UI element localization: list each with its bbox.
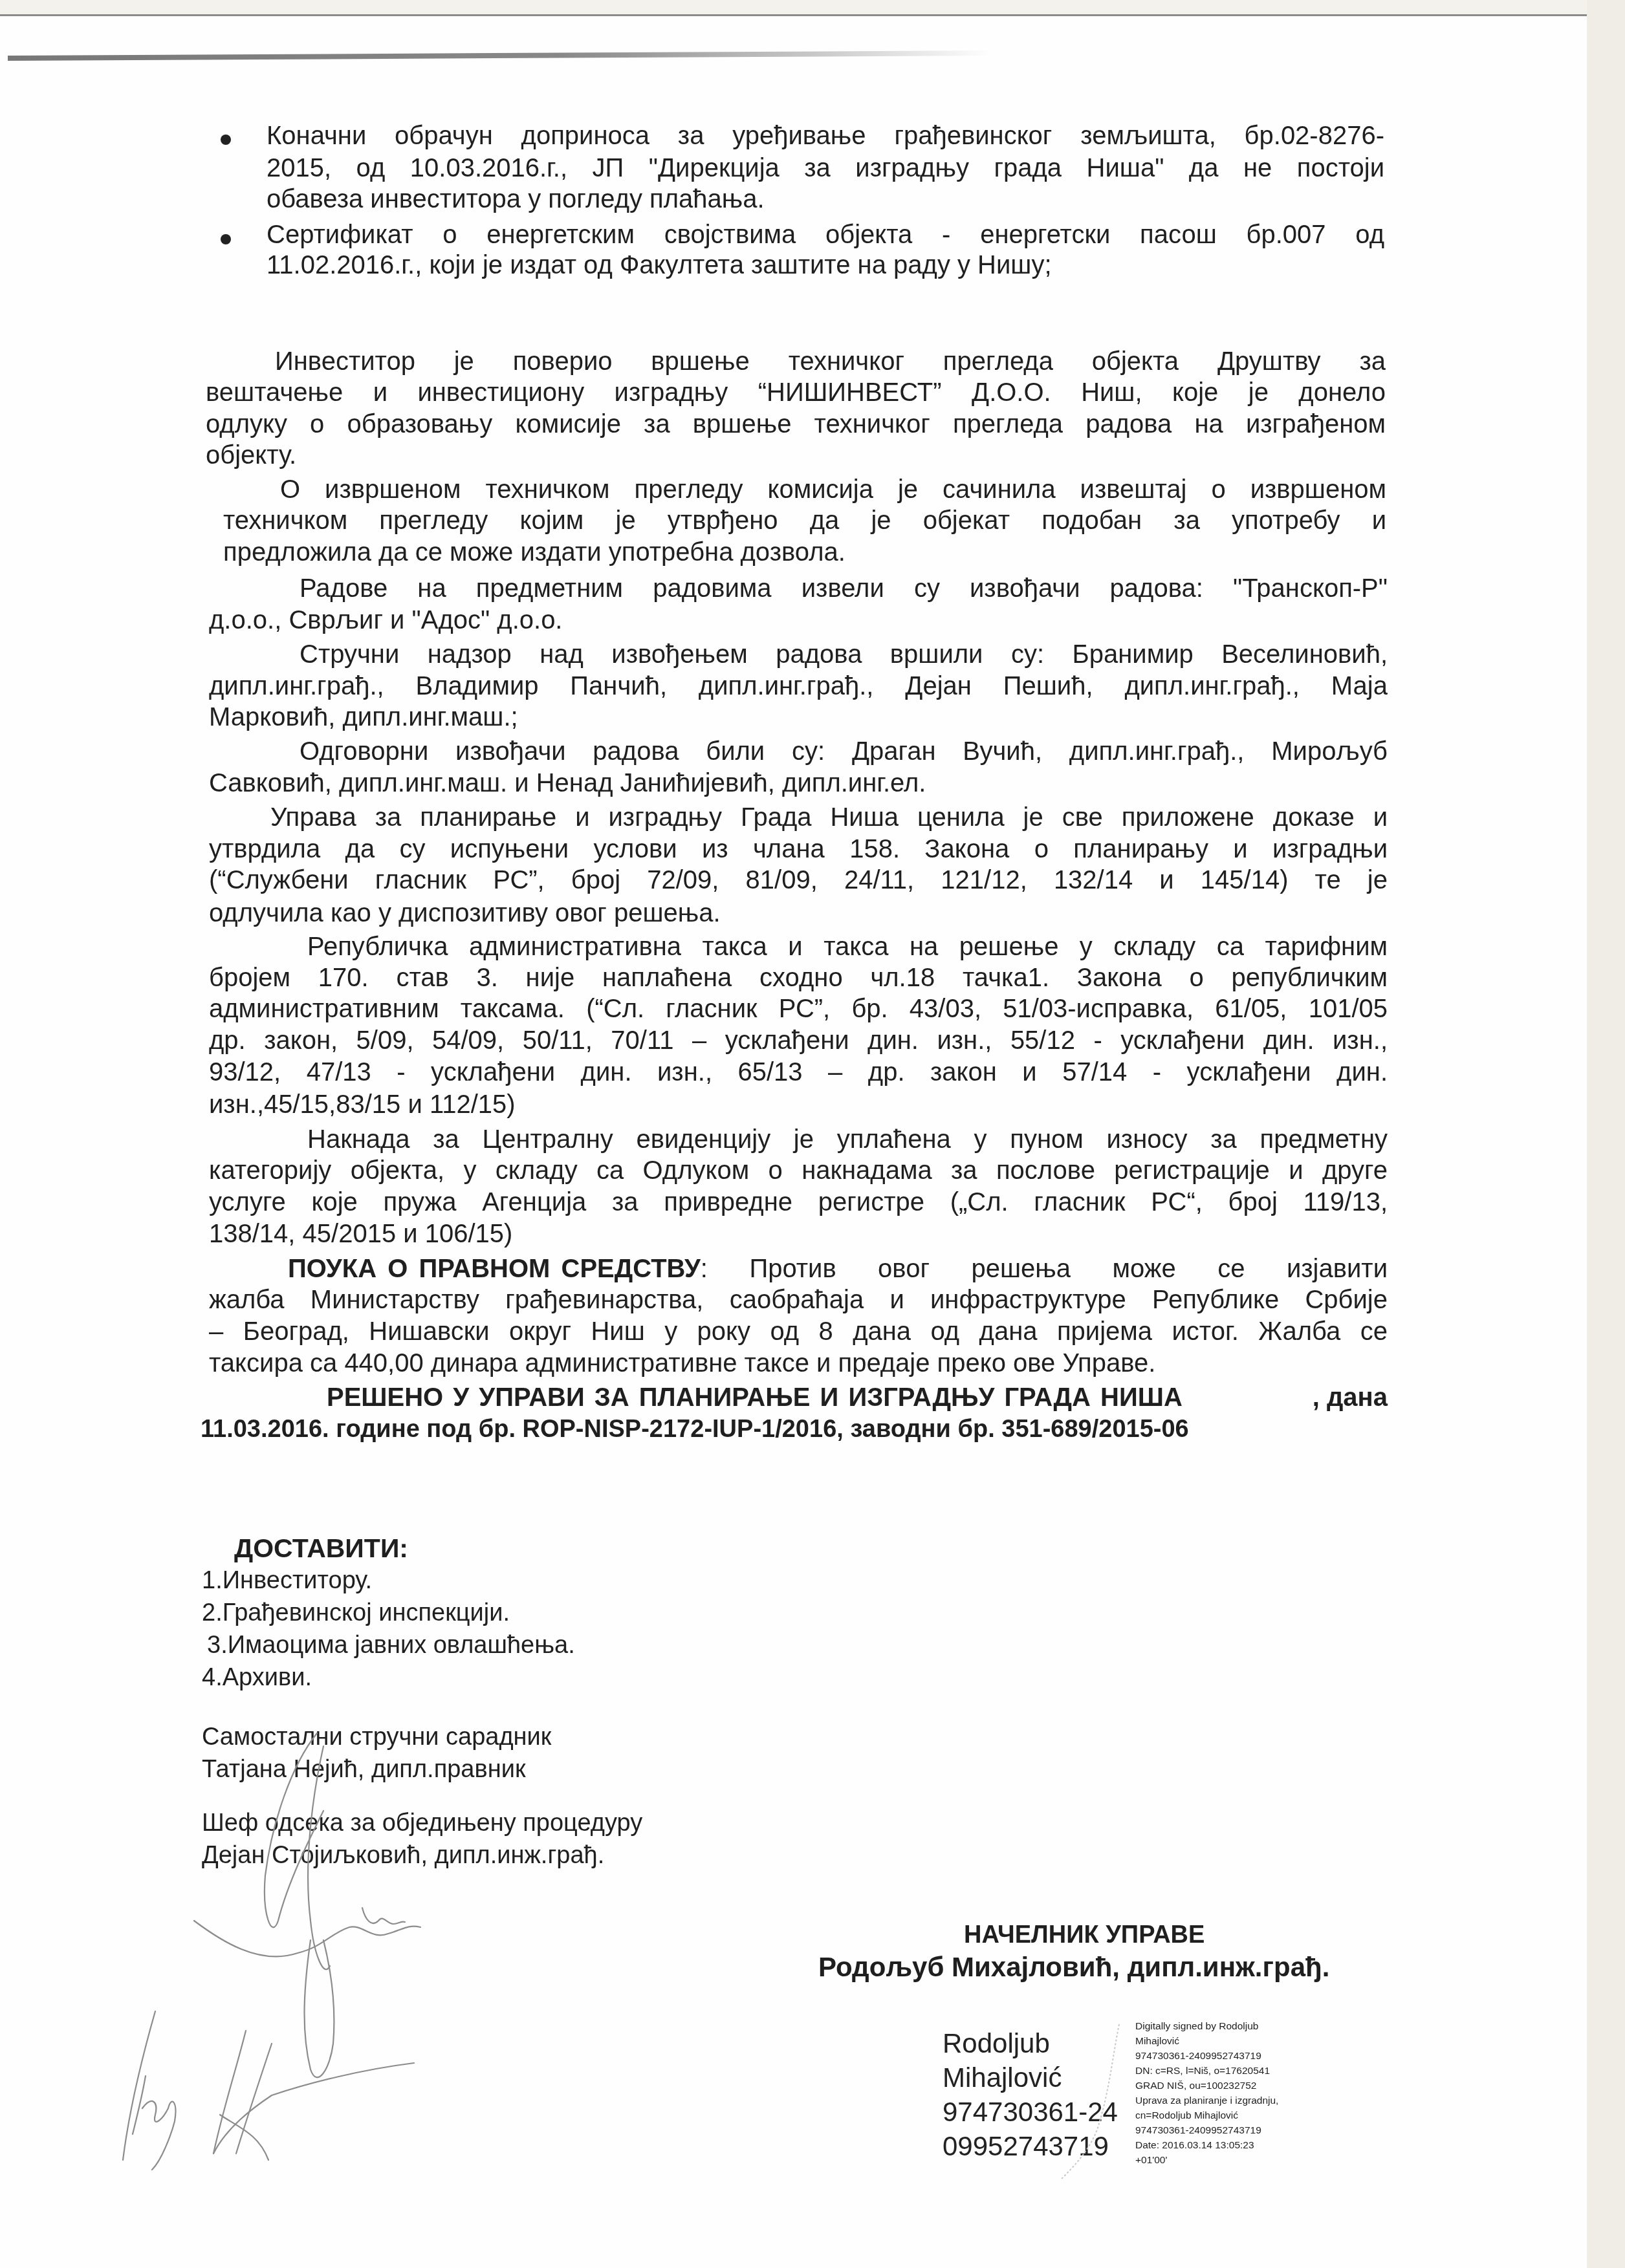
legal-remedy-first-rest: : Против овог решења може се изјавити (701, 1253, 1388, 1284)
investor-line-4: објекту. (206, 440, 296, 471)
inspection-line-1: О извршеном техничком прегледу комисија … (280, 474, 1386, 505)
digital-signature-detail: Digitally signed by Rodoljub (1135, 2019, 1258, 2034)
digital-signature-name-1: Rodoljub (943, 2027, 1050, 2060)
faint-pencil-mark-icon (1048, 2018, 1139, 2186)
chief-title: НАЧЕЛНИК УПРАВЕ (964, 1919, 1205, 1950)
supervision-line-2: дипл.инг.грађ., Владимир Панчић, дипл.ин… (209, 671, 1388, 702)
digital-signature-detail: Uprava za planiranje i izgradnju, (1135, 2093, 1278, 2108)
digital-signature-detail: Mihajlović (1135, 2034, 1179, 2049)
administration-line-4: одлучила као у диспозитиву овог решења. (209, 898, 721, 929)
legal-remedy-heading: ПОУКА О ПРАВНОМ СРЕДСТВУ (288, 1253, 701, 1284)
deliver-item-4: 4.Архиви. (202, 1662, 312, 1693)
responsible-line-2: Савковић, дипл.инг.маш. и Ненад Јанићије… (209, 768, 926, 799)
digital-signature-detail: cn=Rodoljub Mihajlović (1135, 2108, 1238, 2123)
bullet-icon (221, 135, 231, 145)
registry-line-2: категорију објекта, у складу са Одлуком … (209, 1155, 1388, 1186)
resolved-line-1: РЕШЕНО У УПРАВИ ЗА ПЛАНИРАЊЕ И ИЗГРАДЊУ … (327, 1382, 1388, 1413)
deliver-item-1: 1.Инвеститору. (202, 1565, 372, 1596)
resolved-line-2: 11.03.2016. године под бр. ROP-NISP-2172… (201, 1414, 1189, 1445)
digital-signature-detail: Date: 2016.03.14 13:05:23 (1135, 2138, 1254, 2153)
contractors-line-2: д.о.о., Сврљиг и "Адос" д.о.о. (209, 605, 562, 636)
legal-remedy-line-4: таксира са 440,00 динара административне… (209, 1348, 1155, 1379)
supervision-line-1: Стручни надзор над извођењем радова врши… (300, 639, 1388, 670)
deliver-item-2: 2.Грађевинској инспекцији. (202, 1597, 510, 1628)
bullet-2-line-2: 11.02.2016.г., који је издат од Факултет… (267, 250, 1052, 281)
handwritten-signature-icon (116, 1707, 569, 2173)
administration-line-1: Управа за планирање и изградњу Града Ниш… (270, 802, 1388, 833)
digital-signature-detail: GRAD NIŠ, ou=100232752 (1135, 2079, 1256, 2093)
fee-line-3: административним таксама. (“Сл. гласник … (209, 993, 1388, 1024)
chief-name: Родољуб Михајловић, дипл.инж.грађ. (818, 1952, 1329, 1983)
supervision-line-3: Марковић, дипл.инг.маш.; (209, 702, 518, 733)
legal-remedy-line-2: жалба Министарству грађевинарства, саобр… (209, 1284, 1388, 1315)
digital-signature-detail: 974730361-2409952743719 (1135, 2049, 1261, 2064)
bullet-1-line-1: Коначни обрачун доприноса за уређивање г… (267, 120, 1384, 151)
resolved-first-rest: , дана (1313, 1382, 1388, 1413)
fee-line-4: др. закон, 5/09, 54/09, 50/11, 70/11 – у… (209, 1025, 1388, 1056)
investor-line-1: Инвеститор је поверио вршење техничког п… (275, 346, 1386, 377)
investor-line-3: одлуку о образовању комисије за вршење т… (206, 409, 1386, 440)
bullet-1-line-2: 2015, од 10.03.2016.г., ЈП "Дирекција за… (267, 153, 1384, 184)
registry-line-1: Накнада за Централну евиденцију је уплаћ… (307, 1124, 1388, 1155)
registry-line-4: 138/14, 45/2015 и 106/15) (209, 1218, 512, 1249)
deliver-heading: ДОСТАВИТИ: (234, 1533, 408, 1564)
inspection-line-2: техничком прегледу којим је утврђено да … (223, 505, 1386, 536)
fee-line-6: изн.,45/15,83/15 и 112/15) (209, 1089, 516, 1120)
fee-line-5: 93/12, 47/13 - усклађени дин. изн., 65/1… (209, 1057, 1388, 1088)
digital-signature-detail: DN: c=RS, l=Niš, o=17620541 (1135, 2064, 1270, 2079)
legal-remedy-line-3: – Београд, Нишавски округ Ниш у року од … (209, 1316, 1388, 1347)
scan-edge-strip (1587, 0, 1625, 2268)
bullet-2-line-1: Сертификат о енергетским својствима обје… (267, 219, 1384, 250)
administration-line-3: (“Службени гласник РС”, број 72/09, 81/0… (209, 865, 1388, 896)
inspection-line-3: предложила да се може издати употребна д… (223, 537, 845, 568)
responsible-line-1: Одговорни извођачи радова били су: Драга… (300, 736, 1388, 767)
bullet-icon (221, 234, 231, 244)
digital-signature-detail: +01'00' (1135, 2153, 1167, 2168)
bullet-1-line-3: обавеза инвеститора у погледу плаћања. (267, 184, 765, 215)
resolved-heading: РЕШЕНО У УПРАВИ ЗА ПЛАНИРАЊЕ И ИЗГРАДЊУ … (327, 1382, 1183, 1413)
digital-signature-name-2: Mihajlović (943, 2062, 1062, 2094)
digital-signature-detail: 974730361-2409952743719 (1135, 2123, 1261, 2138)
registry-line-3: услуге које пружа Агенција за привредне … (209, 1187, 1388, 1218)
fee-line-2: бројем 170. став 3. није наплаћена сходн… (209, 962, 1388, 993)
fee-line-1: Републичка административна такса и такса… (307, 931, 1388, 962)
contractors-line-1: Радове на предметним радовима извели су … (300, 573, 1388, 604)
investor-line-2: вештачење и инвестициону изградњу “НИШИН… (206, 377, 1386, 408)
administration-line-2: утврдила да су испуњени услови из члана … (209, 834, 1388, 865)
legal-remedy-line-1: ПОУКА О ПРАВНОМ СРЕДСТВУ: Против овог ре… (288, 1253, 1388, 1284)
deliver-item-3: 3.Имаоцима јавних овлашћења. (207, 1630, 575, 1661)
